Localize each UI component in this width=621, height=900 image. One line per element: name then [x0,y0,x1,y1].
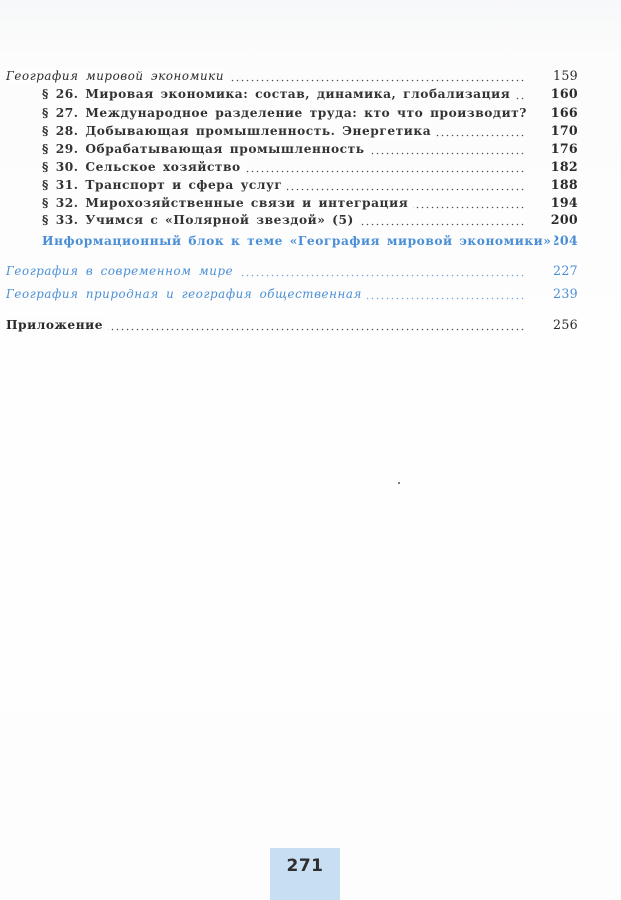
paragraph-number: § 31. [42,178,79,192]
toc-entry-page: 170 [538,122,578,140]
toc-entry-page: 188 [538,176,578,194]
toc-entry-title: Приложение [6,316,106,334]
toc-entry-page: 227 [538,262,578,280]
dot-leader [367,285,525,303]
dot-leader [108,316,525,334]
toc-entry-paragraph[interactable]: § 32. Мирохозяйственные связи и интеграц… [0,194,621,212]
toc-entry-info-block[interactable]: Информационный блок к теме «География ми… [0,232,621,250]
toc-entry-section[interactable]: География в современном мире 227 [0,262,621,280]
toc-entry-title: § 26. Мировая экономика: состав, динамик… [42,85,513,103]
toc-entry-page: 256 [538,316,578,334]
toc-entry-page: 160 [538,85,578,103]
paragraph-title: Международное разделение труда: кто что … [85,106,527,120]
toc-entry-paragraph[interactable]: § 30. Сельское хозяйство 182 [0,158,621,176]
dot-leader [413,194,525,212]
page-number: 271 [287,856,324,876]
toc-entry-page: 176 [538,140,578,158]
toc-entry-paragraph[interactable]: § 26. Мировая экономика: состав, динамик… [0,85,621,103]
paragraph-number: § 26. [42,87,79,101]
toc-entry-title: § 33. Учимся с «Полярной звездой» (5) [42,211,357,229]
paragraph-title: Добывающая промышленность. Энергетика [85,124,431,138]
toc-entry-paragraph[interactable]: § 27. Международное разделение труда: кт… [0,104,621,122]
toc-entry-title: § 27. Международное разделение труда: кт… [42,104,530,122]
toc-entry-page: 194 [538,194,578,212]
toc-entry-page: 159 [538,67,578,85]
dot-leader [246,158,525,176]
paragraph-title: Мировая экономика: состав, динамика, гло… [85,87,510,101]
toc-entry-paragraph[interactable]: § 33. Учимся с «Полярной звездой» (5) 20… [0,211,621,229]
toc-entry-page: 166 [538,104,578,122]
dot-leader [238,262,525,280]
paragraph-number: § 28. [42,124,79,138]
paragraph-number: § 33. [42,213,79,227]
dot-leader [515,85,525,103]
paragraph-title: Транспорт и сфера услуг [85,178,282,192]
paragraph-title: Учимся с «Полярной звездой» (5) [85,213,353,227]
paragraph-number: § 32. [42,196,79,210]
paragraph-number: § 30. [42,160,79,174]
toc-entry-paragraph[interactable]: § 29. Обрабатывающая промышленность 176 [0,140,621,158]
dot-leader [370,140,525,158]
toc-entry-title: § 28. Добывающая промышленность. Энергет… [42,122,434,140]
toc-entry-title: § 31. Транспорт и сфера услуг [42,176,285,194]
paragraph-title: Сельское хозяйство [85,160,240,174]
toc-entry-title: § 29. Обрабатывающая промышленность [42,140,368,158]
toc-entry-paragraph[interactable]: § 28. Добывающая промышленность. Энергет… [0,122,621,140]
dot-leader [287,176,525,194]
toc-entry-page: 239 [538,285,578,303]
paragraph-title: Мирохозяйственные связи и интеграция [85,196,408,210]
toc-entry-paragraph[interactable]: § 31. Транспорт и сфера услуг 188 [0,176,621,194]
toc-entry-page: 182 [538,158,578,176]
page-number-box: 271 [270,848,340,900]
toc-entry-title: Информационный блок к теме «География ми… [42,232,554,250]
dot-leader [359,211,525,229]
toc-entry-appendix[interactable]: Приложение 256 [0,316,621,334]
toc-entry-title: География мировой экономики [6,67,227,85]
dot-leader [229,67,525,85]
toc-entry-title: § 30. Сельское хозяйство [42,158,244,176]
toc-entry-title: § 32. Мирохозяйственные связи и интеграц… [42,194,411,212]
toc-entry-section[interactable]: География природная и география обществе… [0,285,621,303]
toc-entry-section[interactable]: География мировой экономики 159 [0,67,621,85]
paragraph-title: Обрабатывающая промышленность [85,142,364,156]
toc-entry-page: 200 [538,211,578,229]
print-speck [398,482,400,484]
book-page: География мировой экономики 159 § 26. Ми… [0,0,621,900]
toc-entry-title: География в современном мире [6,262,236,280]
paragraph-number: § 27. [42,106,79,120]
paragraph-number: § 29. [42,142,79,156]
toc-entry-title: География природная и география обществе… [6,285,365,303]
dot-leader [436,122,525,140]
